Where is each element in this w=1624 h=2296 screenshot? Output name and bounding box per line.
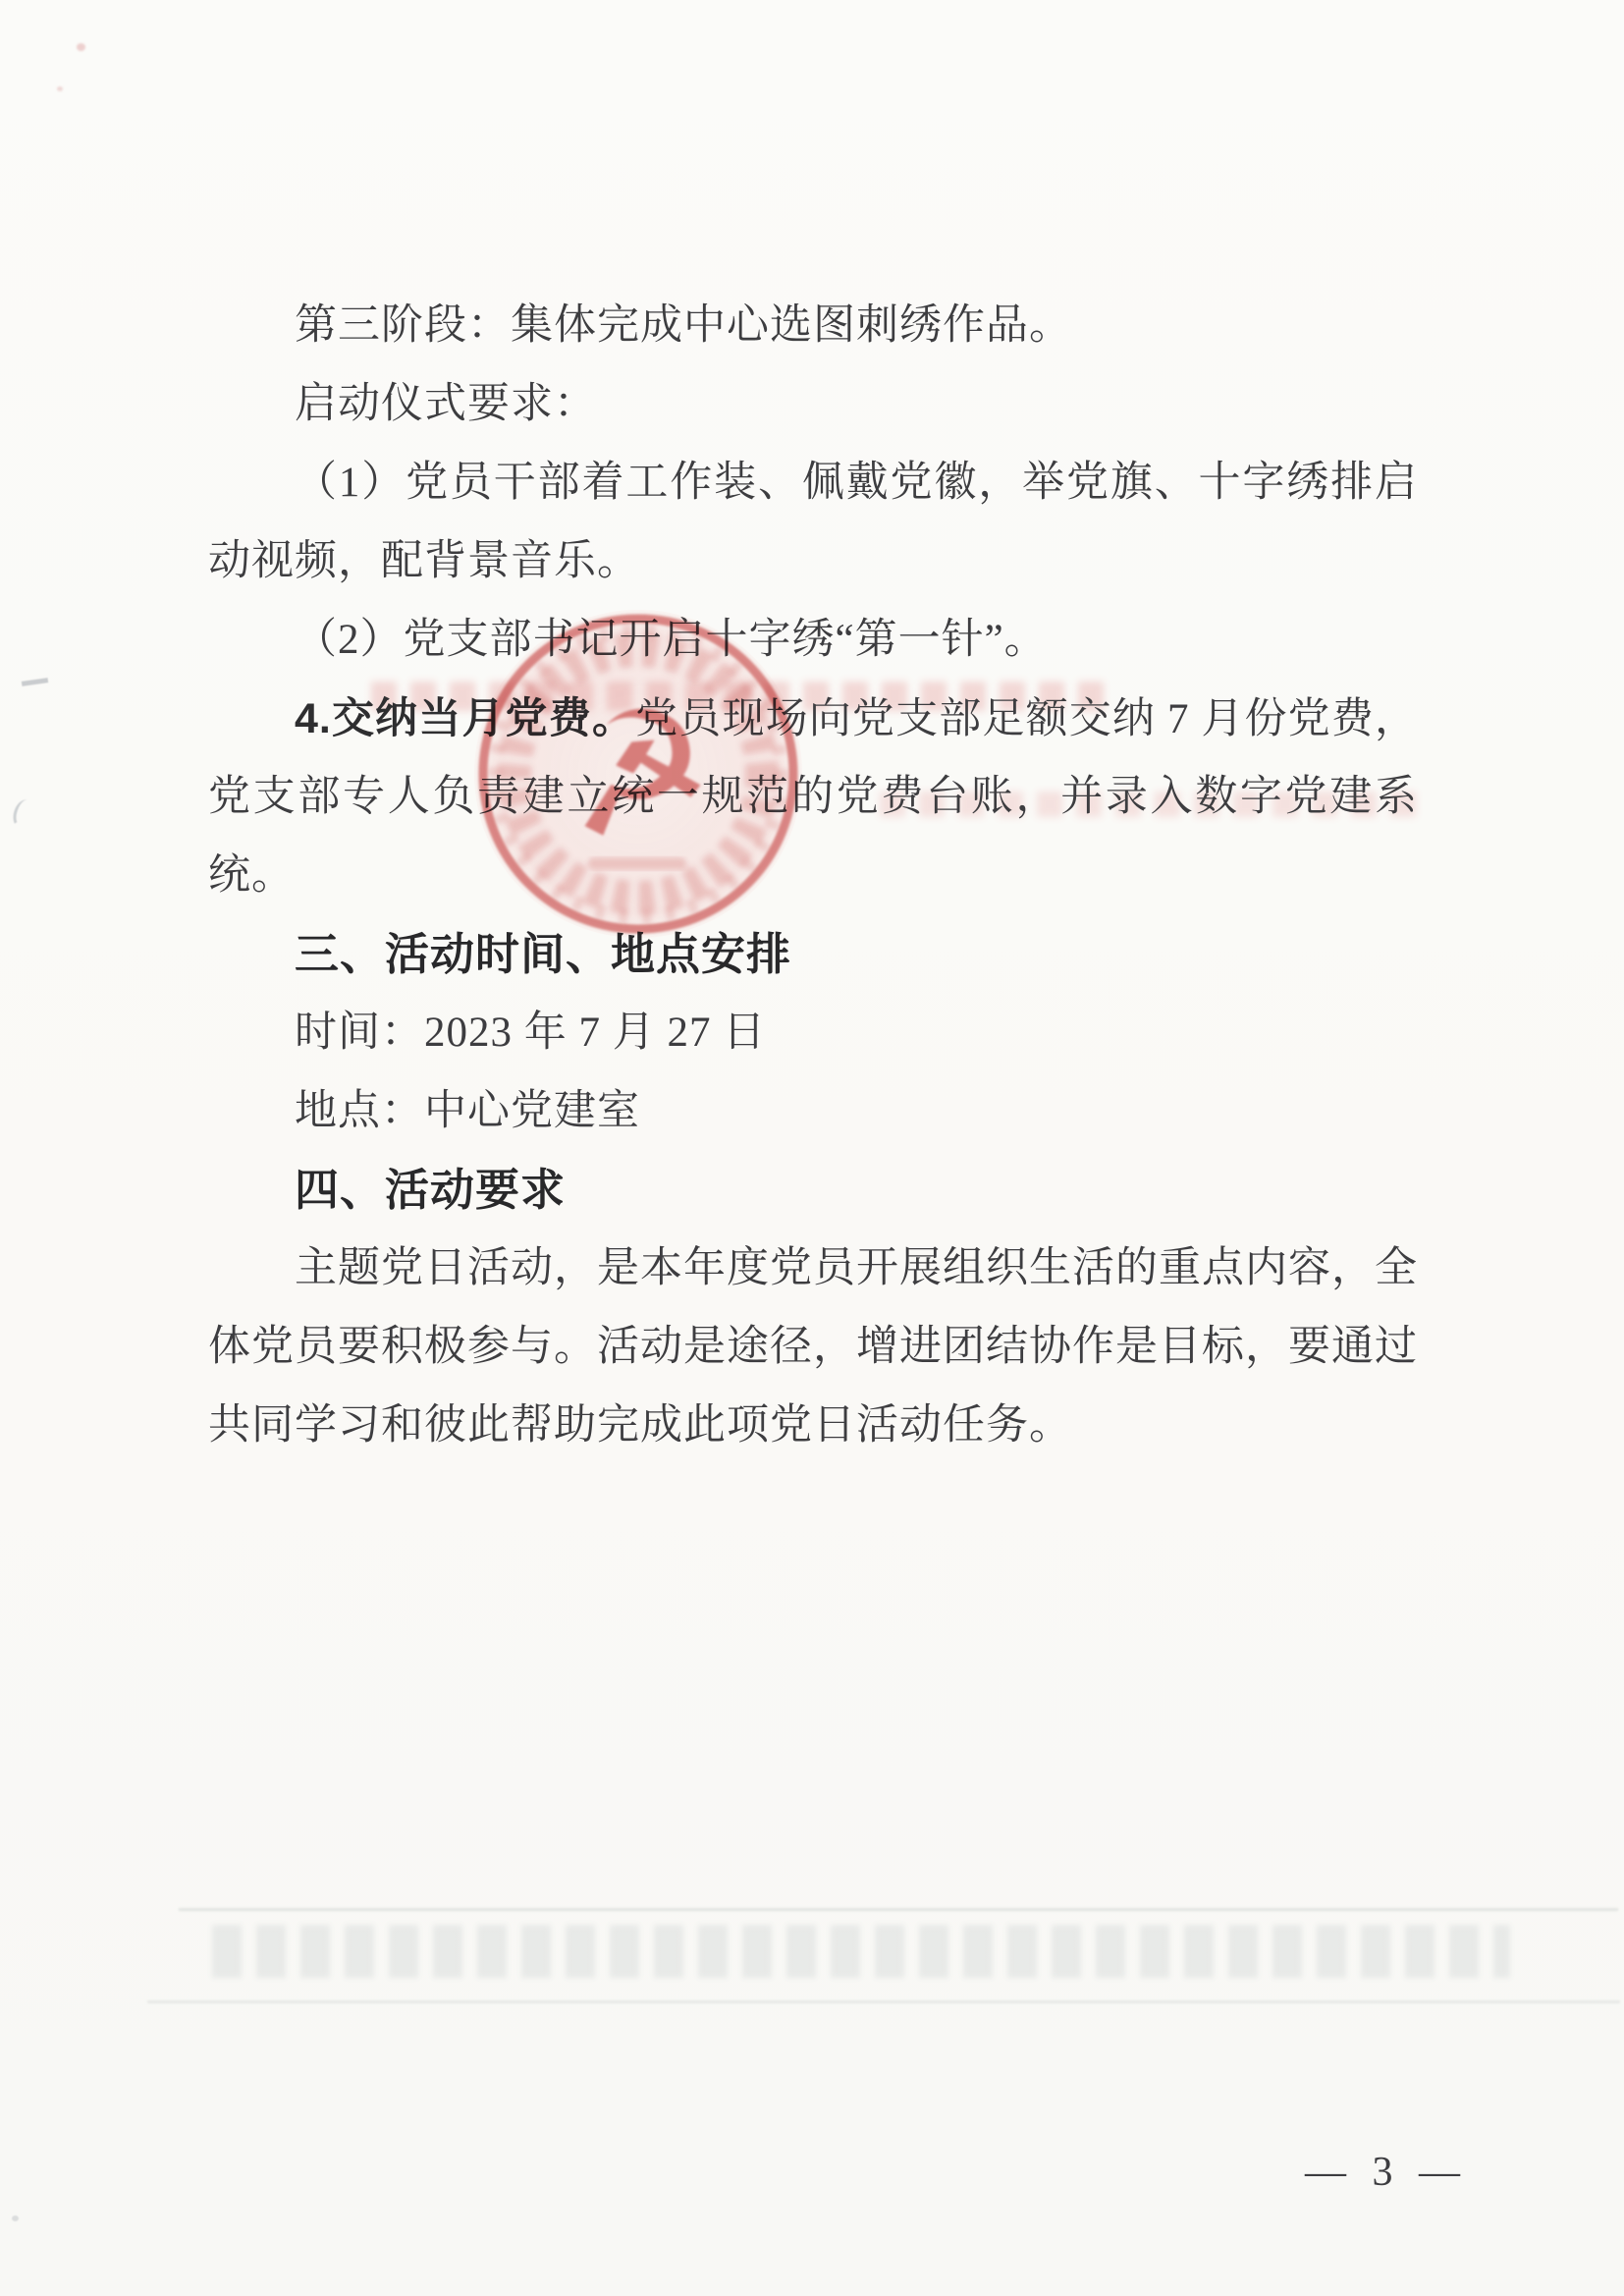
official-seal-stamp: ☭ bbox=[474, 610, 802, 938]
doc-line-req-para-3: 共同学习和彼此帮助完成此项党日活动任务。 bbox=[208, 1387, 1418, 1465]
doc-line-time: 时间：2023 年 7 月 27 日 bbox=[208, 994, 1418, 1072]
doc-line-place: 地点：中心党建室 bbox=[208, 1072, 1418, 1151]
doc-line-dues-end: 统。 bbox=[208, 837, 1418, 915]
doc-line-dues-cont: 党支部专人负责建立统一规范的党费台账，并录入数字党建系 bbox=[208, 758, 1418, 837]
doc-line-phase3: 第三阶段：集体完成中心选图刺绣作品。 bbox=[208, 287, 1418, 365]
doc-line-item4-dues: 4.交纳当月党费。党员现场向党支部足额交纳 7 月份党费， bbox=[208, 680, 1418, 758]
gray-speck bbox=[12, 2215, 19, 2221]
margin-pencil-squiggle bbox=[11, 797, 37, 831]
stamp-ink-wash bbox=[474, 610, 802, 938]
doc-line-ceremony-req: 启动仪式要求： bbox=[208, 365, 1418, 444]
bleed-through-text-band bbox=[212, 1925, 1510, 1978]
bleed-through-rule-bottom bbox=[147, 2000, 1620, 2003]
document-body: 第三阶段：集体完成中心选图刺绣作品。 启动仪式要求： （1）党员干部着工作装、佩… bbox=[208, 287, 1418, 1465]
doc-line-item2: （2）党支部书记开启十字绣“第一针”。 bbox=[208, 601, 1418, 680]
section-heading-3: 三、活动时间、地点安排 bbox=[208, 915, 1418, 994]
doc-line-item1: （1）党员干部着工作装、佩戴党徽，举党旗、十字绣排启 bbox=[208, 444, 1418, 522]
section-heading-4: 四、活动要求 bbox=[208, 1151, 1418, 1230]
red-ink-speck bbox=[77, 43, 85, 51]
red-ink-speck bbox=[57, 86, 63, 91]
bleed-through-rule-top bbox=[179, 1908, 1618, 1911]
scanned-document-page: 第三阶段：集体完成中心选图刺绣作品。 启动仪式要求： （1）党员干部着工作装、佩… bbox=[0, 0, 1624, 2296]
doc-line-item1-cont: 动视频，配背景音乐。 bbox=[208, 522, 1418, 601]
page-number: — 3 — bbox=[1284, 2143, 1481, 2202]
doc-line-req-para-2: 体党员要积极参与。活动是途径，增进团结协作是目标，要通过 bbox=[208, 1308, 1418, 1387]
doc-line-req-para: 主题党日活动，是本年度党员开展组织生活的重点内容，全 bbox=[208, 1230, 1418, 1308]
margin-pencil-dash bbox=[22, 678, 48, 686]
